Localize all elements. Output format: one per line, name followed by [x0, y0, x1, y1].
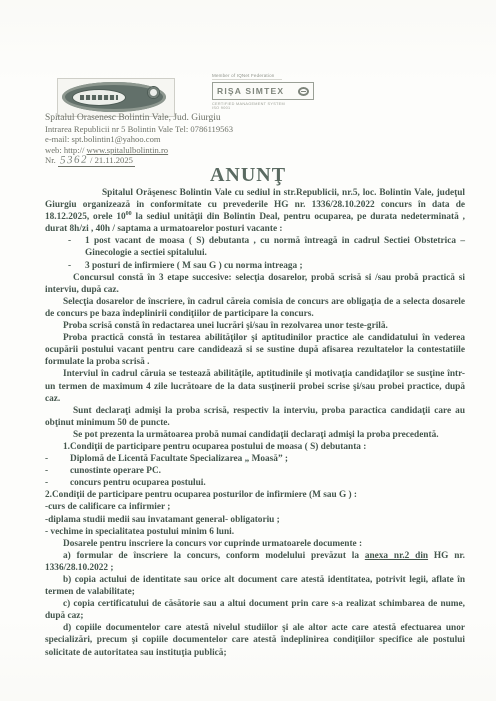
dash-bullet: - — [45, 465, 48, 477]
document-item-d: d) copiile documentelor care atestă nive… — [45, 622, 465, 658]
paragraph-dossier-selection: Selecţia dosarelor de înscriere, în cadr… — [45, 296, 465, 320]
hospital-contact-block: Spitalul Orasenesc Bolintin Vale, Jud. G… — [45, 113, 233, 167]
paragraph-pass-threshold: Sunt declaraţi admişi la proba scrisă, r… — [45, 405, 465, 429]
simtex-certification-logo: Member of IQNet Federation RIŞA SIMTEX C… — [212, 73, 332, 110]
seal-badge-icon — [147, 86, 160, 99]
vacancy-list-item: -3 posturi de infirmiere ( M sau G ) cu … — [45, 260, 465, 272]
document-item-c: c) copia certificatului de căsătorie sau… — [45, 598, 465, 622]
heading-conditions-infirmiere: 2.Condiţii de participare pentru ocupare… — [45, 489, 465, 501]
condition-list-item: -cunostinte operare PC. — [45, 465, 465, 477]
paragraph-practical-test: Proba practică constă în testarea abilit… — [45, 332, 465, 368]
page-title: ANUNŢ — [0, 164, 496, 187]
condition-list-item: -diplama studii medii sau invatamant gen… — [45, 514, 465, 526]
simtex-brand-box: RIŞA SIMTEX — [212, 82, 314, 100]
simtex-ring-icon — [298, 87, 309, 96]
letterhead-logos: Member of IQNet Federation RIŞA SIMTEX C… — [45, 76, 445, 118]
accreditation-seal-logo — [57, 78, 175, 117]
underlined-annex-reference: anexa nr.2 din — [365, 551, 428, 561]
simtex-cert-line2: ISO 9001 — [212, 106, 332, 110]
paragraph-contest-stages: Concursul constă în 3 etape succesive: s… — [45, 272, 465, 296]
vacancy-list-item: -1 post vacant de moasa ( S) debutanta ,… — [45, 235, 465, 259]
condition-list-item: - vechime in specialitatea postului mini… — [45, 526, 465, 538]
simtex-member-text: Member of IQNet Federation — [212, 73, 282, 80]
dash-bullet: - — [68, 235, 71, 247]
paragraph-next-stage: Se pot prezenta la următoarea probă numa… — [45, 429, 465, 441]
paragraph-written-test: Proba scrisă constă în redactarea unei l… — [45, 320, 465, 332]
dash-bullet: - — [45, 453, 48, 465]
condition-list-item: -curs de calificare ca infirmier ; — [45, 501, 465, 513]
hospital-address: Intrarea Republicii nr 5 Bolintin Vale T… — [45, 124, 233, 135]
heading-conditions-moasa: 1.Condiţii de participare pentru ocupare… — [45, 441, 465, 453]
paragraph-dossier-intro: Dosarele pentru inscriere la concurs vor… — [45, 538, 465, 550]
dash-bullet: - — [68, 260, 71, 272]
intro-paragraph: Spitalul Orăşenesc Bolintin Vale cu sedi… — [45, 187, 465, 235]
document-item-b: b) copia actului de identitate sau orice… — [45, 574, 465, 598]
hospital-name: Spitalul Orasenesc Bolintin Vale, Jud. G… — [45, 113, 233, 124]
paragraph-interview: Interviul în cadrul căruia se testează a… — [45, 368, 465, 404]
condition-list-item: -concurs pentru ocuparea postului. — [45, 477, 465, 489]
announcement-body: Spitalul Orăşenesc Bolintin Vale cu sedi… — [45, 187, 465, 659]
seal-inner-label-icon — [72, 89, 126, 106]
condition-list-item: -Diplomă de Licentă Facultate Specializa… — [45, 453, 465, 465]
document-item-a: a) formular de înscriere la concurs, con… — [45, 550, 465, 574]
hospital-email: e-mail: spt.bolintin1@yahoo.com — [45, 134, 233, 145]
website-url: www.spitalulbolintin.ro — [87, 145, 169, 155]
scanned-announcement-page: Member of IQNet Federation RIŞA SIMTEX C… — [0, 0, 496, 701]
dash-bullet: - — [45, 477, 48, 489]
simtex-brand-text: RIŞA SIMTEX — [217, 86, 284, 96]
